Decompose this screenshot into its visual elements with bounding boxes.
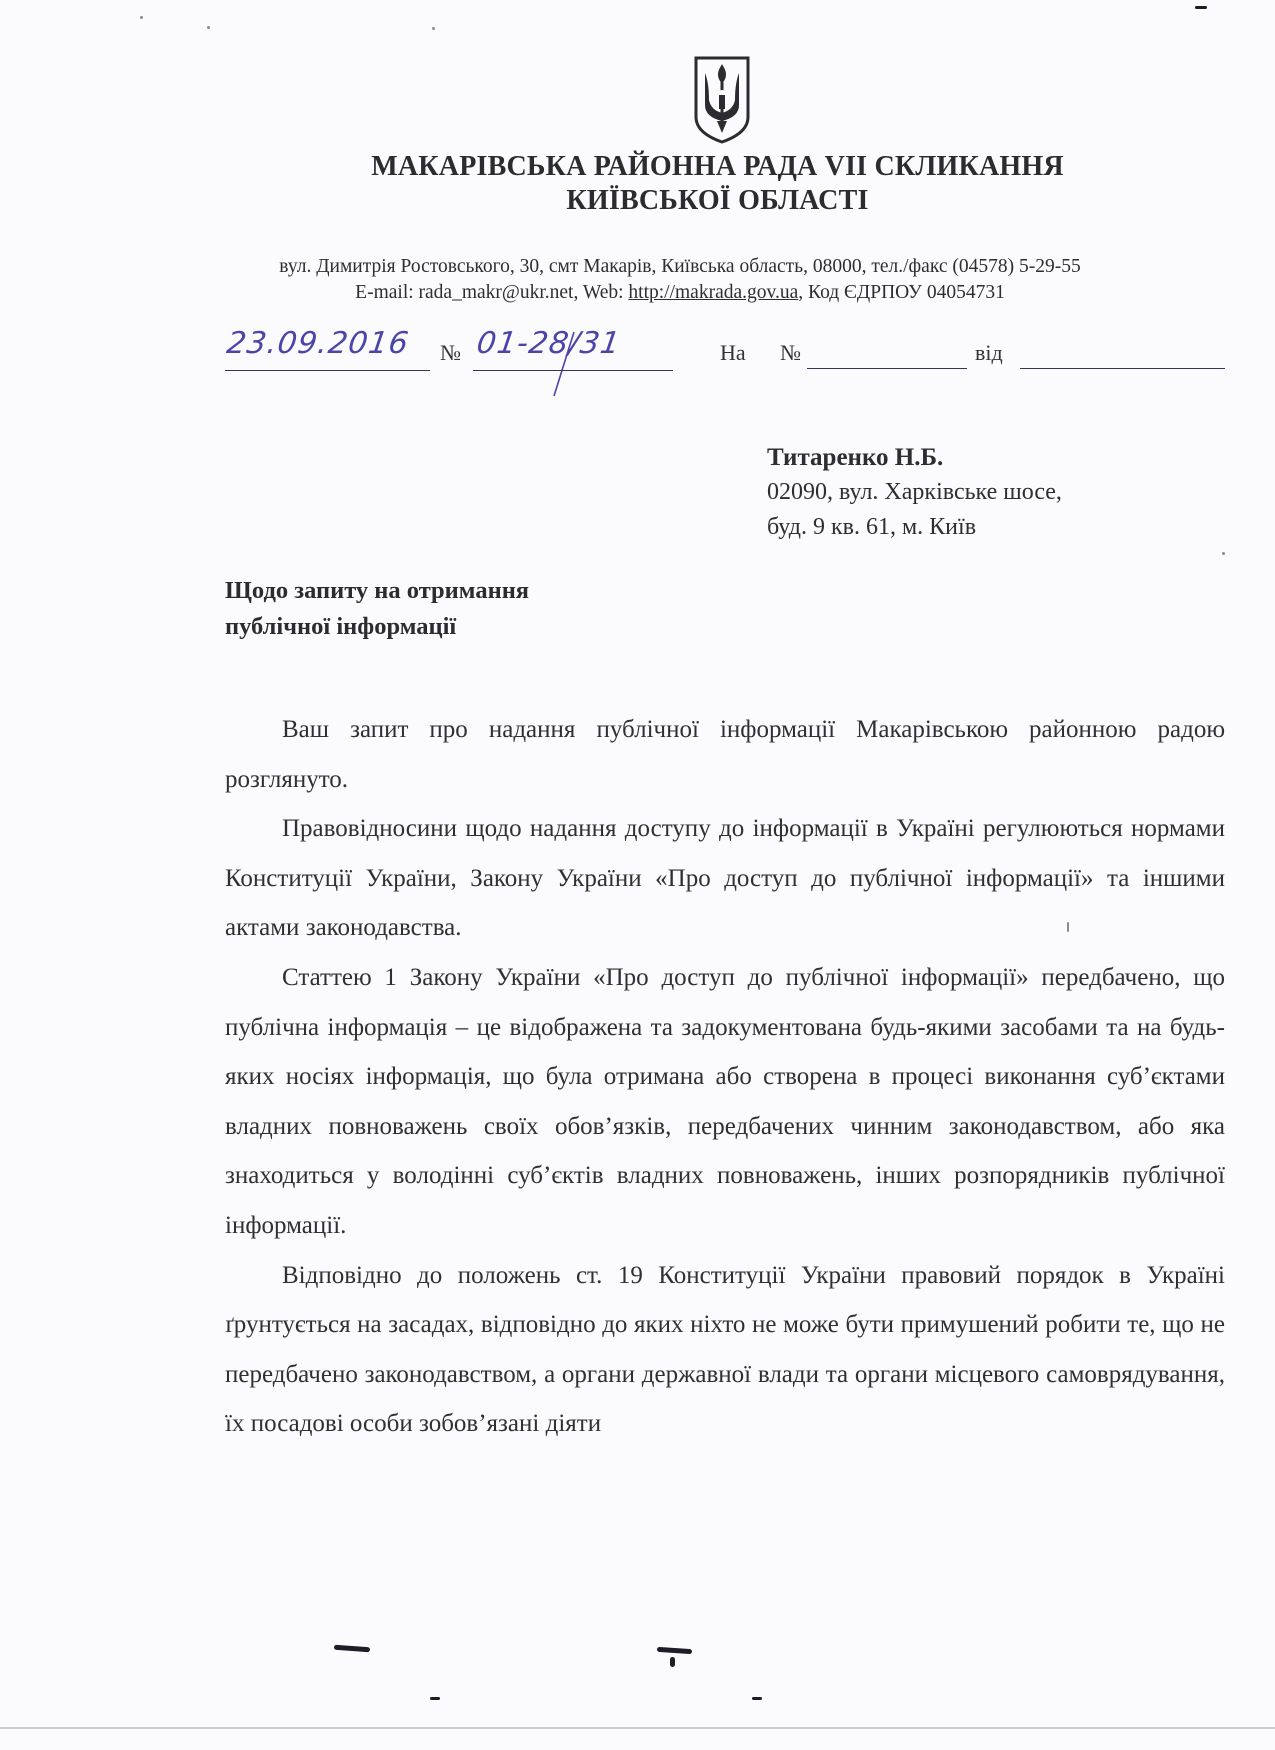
scan-speck (432, 27, 435, 30)
organization-contacts: E-mail: rada_makr@ukr.net, Web: http://m… (135, 280, 1225, 305)
scan-speck (1067, 922, 1069, 932)
scan-artifact-mark (430, 1697, 440, 1700)
recipient-address-line2: буд. 9 кв. 61, м. Київ (767, 510, 1062, 545)
scan-artifact-mark (1195, 6, 1207, 9)
organization-name: МАКАРІВСЬКА РАЙОННА РАДА VII СКЛИКАННЯ (80, 150, 1275, 184)
number-label: № (440, 340, 461, 366)
scan-artifact-mark (670, 1657, 675, 1667)
letter-body: Ваш запит про надання публічної інформац… (225, 705, 1225, 1449)
handwritten-slash-stroke (550, 330, 580, 400)
registration-line: 23.09.2016 № 01-28/31 На № від (225, 332, 1225, 372)
page-bottom-edge (0, 1727, 1275, 1729)
scan-artifact-mark (334, 1645, 370, 1652)
reply-number-label: № (780, 340, 801, 366)
reply-number-blank (807, 368, 967, 369)
outgoing-date-handwritten: 23.09.2016 (225, 326, 412, 361)
body-paragraph: Відповідно до положень ст. 19 Конституці… (225, 1251, 1225, 1449)
website-link[interactable]: http://makrada.gov.ua (628, 282, 798, 303)
recipient-address-line1: 02090, вул. Харківське шосе, (767, 475, 1062, 510)
body-paragraph: Правовідносини щодо надання доступу до і… (225, 804, 1225, 953)
recipient-name: Титаренко Н.Б. (767, 440, 1062, 475)
scan-artifact-mark (657, 1647, 692, 1654)
reply-label: На (720, 340, 746, 366)
edrpou-code: , Код ЄДРПОУ 04054731 (798, 282, 1005, 303)
scanned-letter-page: МАКАРІВСЬКА РАЙОННА РАДА VII СКЛИКАННЯ К… (0, 0, 1275, 1750)
organization-region: КИЇВСЬКОЇ ОБЛАСТІ (80, 184, 1275, 218)
body-paragraph: Статтею 1 Закону України «Про доступ до … (225, 953, 1225, 1251)
scan-speck (1222, 552, 1225, 555)
outgoing-number-handwritten: 01-28/31 (475, 326, 623, 361)
scan-artifact-mark (752, 1697, 762, 1700)
recipient-block: Титаренко Н.Б. 02090, вул. Харківське шо… (767, 440, 1062, 545)
scan-speck (207, 26, 210, 29)
organization-address: вул. Димитрія Ростовського, 30, смт Мака… (135, 254, 1225, 279)
trident-coat-of-arms-icon (693, 55, 751, 145)
body-paragraph: Ваш запит про надання публічної інформац… (225, 705, 1225, 804)
letter-subject: Щодо запиту на отримання публічної інфор… (225, 573, 529, 645)
email-text: E-mail: rada_makr@ukr.net, Web: (355, 282, 628, 303)
scan-speck (140, 16, 143, 19)
number-underline (473, 370, 673, 371)
subject-line1: Щодо запиту на отримання (225, 573, 529, 609)
reply-date-label: від (975, 340, 1003, 366)
reply-date-blank (1020, 368, 1225, 369)
date-underline (225, 370, 430, 371)
subject-line2: публічної інформації (225, 609, 529, 645)
